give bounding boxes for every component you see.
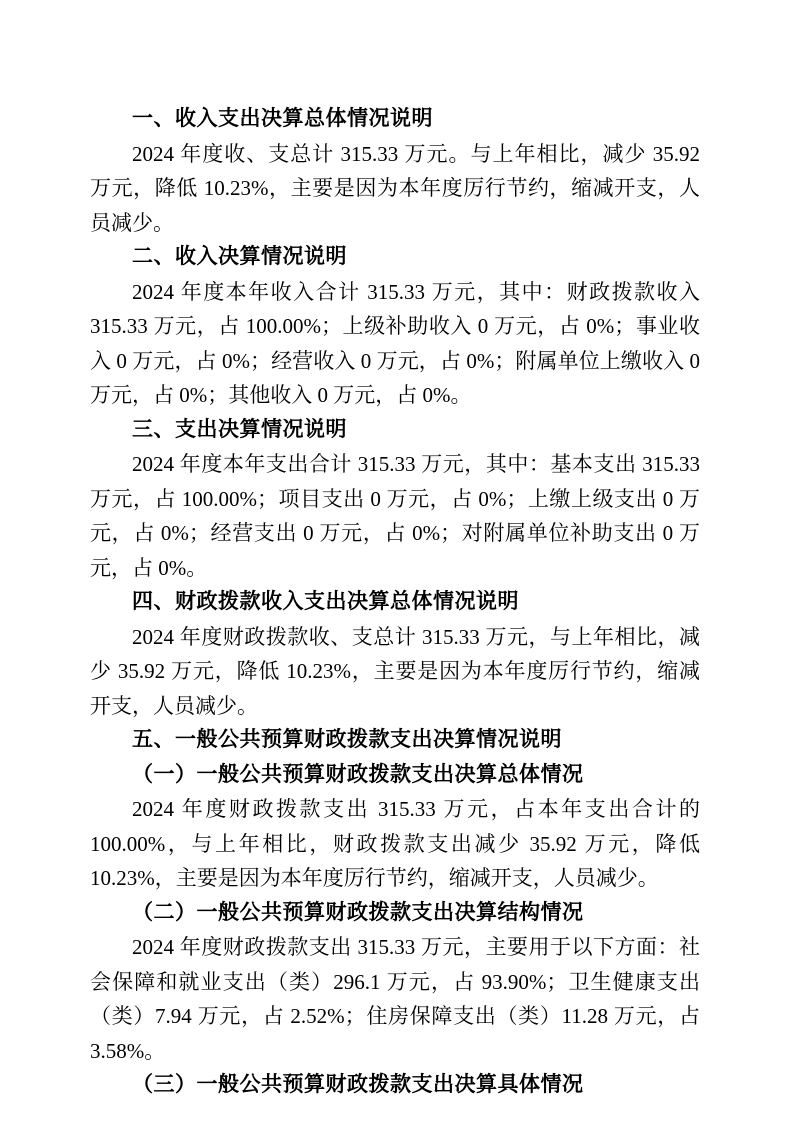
section-5-1-subheading: （一）一般公共预算财政拨款支出决算总体情况 — [90, 758, 700, 793]
document-page: 一、收入支出决算总体情况说明 2024 年度收、支总计 315.33 万元。与上… — [0, 0, 793, 1122]
section-4-heading: 四、财政拨款收入支出决算总体情况说明 — [90, 585, 700, 620]
section-3-paragraph: 2024 年度本年支出合计 315.33 万元，其中：基本支出 315.33 万… — [90, 447, 700, 585]
section-5-3-subheading: （三）一般公共预算财政拨款支出决算具体情况 — [90, 1068, 700, 1103]
section-5-2-paragraph: 2024 年度财政拨款支出 315.33 万元，主要用于以下方面：社会保障和就业… — [90, 930, 700, 1068]
section-3-heading: 三、支出决算情况说明 — [90, 413, 700, 448]
section-1-paragraph: 2024 年度收、支总计 315.33 万元。与上年相比，减少 35.92 万元… — [90, 137, 700, 241]
section-5-heading: 五、一般公共预算财政拨款支出决算情况说明 — [90, 723, 700, 758]
section-2-heading: 二、收入决算情况说明 — [90, 240, 700, 275]
section-4-paragraph: 2024 年度财政拨款收、支总计 315.33 万元，与上年相比，减少 35.9… — [90, 620, 700, 724]
section-5-1-paragraph: 2024 年度财政拨款支出 315.33 万元，占本年支出合计的 100.00%… — [90, 792, 700, 896]
section-5-2-subheading: （二）一般公共预算财政拨款支出决算结构情况 — [90, 896, 700, 931]
section-2-paragraph: 2024 年度本年收入合计 315.33 万元，其中：财政拨款收入 315.33… — [90, 275, 700, 413]
section-1-heading: 一、收入支出决算总体情况说明 — [90, 102, 700, 137]
